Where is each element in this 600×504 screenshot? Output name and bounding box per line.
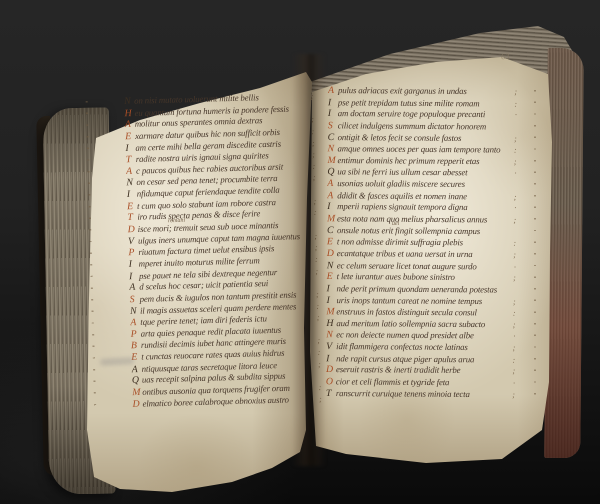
line-initial: I: [129, 259, 139, 271]
verse-line: I nde rapit cursus atque piger apulus ar…: [326, 353, 516, 366]
line-end-mark: ;: [513, 296, 517, 308]
verse-line: C ontigit & letos fecit se consule fasto…: [328, 132, 518, 145]
line-end-mark: ;: [512, 389, 516, 401]
line-text: nde rapit cursus atque piger apulus arua: [336, 353, 474, 366]
verse-line: M entimur dominis hec primum repperit et…: [327, 155, 517, 168]
line-text: entimur dominis hec primum repperit etas: [337, 155, 479, 168]
line-initial: T: [126, 154, 136, 166]
line-text: usonias uoluit gladiis miscere secures: [337, 178, 465, 191]
line-initial: D: [132, 398, 142, 410]
verse-line: O cior et celi flammis et tygride feta ·: [326, 376, 516, 389]
verse-line: D eseruit rastris & inerti tradidit herb…: [326, 364, 516, 377]
verse-line: I uris inops tantum careat ne nomine tem…: [326, 295, 516, 308]
verse-line: I mperii rapiens signauit tempora digna …: [327, 201, 517, 214]
line-initial: I: [328, 97, 338, 109]
verse-line: S cilicet indulgens summum dictator hono…: [328, 120, 518, 133]
verse-line: A pulus adriacas exit garganus in undas …: [328, 85, 518, 98]
line-text: nde perit primum quondam ueneranda potes…: [337, 283, 498, 296]
manuscript-photo: N on nisi mutato uoluerunt milite bellis…: [0, 0, 600, 504]
line-initial: P: [128, 247, 138, 259]
line-initial: I: [327, 201, 337, 213]
line-end-mark: ;: [514, 156, 518, 168]
line-initial: A: [131, 364, 141, 376]
line-end-mark: ·: [515, 110, 518, 122]
line-text: ec non deiecte numen quod presidet albe: [336, 330, 474, 343]
verse-line: I nde perit primum quondam ueneranda pot…: [327, 283, 517, 296]
line-end-mark: ;: [513, 342, 517, 354]
line-initial: S: [130, 294, 140, 306]
line-text: ec celum seruare licet tonat augure surd…: [337, 260, 477, 273]
line-initial: M: [327, 213, 337, 225]
line-initial: D: [128, 224, 138, 236]
line-text: ecantatque tribus et uana uersat in urna: [337, 248, 473, 261]
line-end-mark: ;: [514, 215, 518, 227]
line-initial: I: [326, 353, 336, 365]
line-text: amque omnes uoces per quas iam tempore t…: [338, 144, 501, 157]
line-initial: M: [326, 306, 336, 318]
verse-line: N ec non deiecte numen quod presidet alb…: [326, 330, 516, 343]
line-end-mark: :: [514, 145, 518, 157]
line-text: cior et celi flammis et tygride feta: [336, 376, 449, 388]
line-initial: V: [128, 235, 138, 247]
line-initial: S: [328, 120, 338, 132]
line-text: aud meritum latio sollempnia sacra subac…: [336, 318, 485, 331]
pricking-dots-right: [534, 90, 536, 404]
verse-line: C onsule notus erit fingit sollempnia ca…: [327, 225, 517, 238]
line-initial: Q: [132, 375, 142, 387]
line-initial: I: [326, 295, 336, 307]
line-initial: E: [125, 131, 135, 143]
line-end-mark: ·: [513, 331, 516, 343]
page-gutter-shadow: [292, 54, 326, 466]
line-initial: A: [327, 190, 337, 202]
verse-line: M esta nota nam quo melius pharsalicus a…: [327, 213, 517, 226]
line-initial: P: [131, 328, 141, 340]
line-initial: I: [327, 283, 337, 295]
line-end-mark: ·: [513, 378, 516, 390]
verse-line: M enstruus in fastos distinguit secula c…: [326, 306, 516, 319]
line-initial: Q: [327, 167, 337, 179]
line-text: cilicet indulgens summum dictator honore…: [338, 120, 487, 133]
right-page-text: A pulus adriacas exit garganus in undas …: [326, 85, 518, 401]
line-initial: C: [328, 132, 338, 144]
verse-line: A ddidit & fasces aquilis et nomen inane…: [327, 190, 517, 203]
line-text: eseruit rastris & inerti tradidit herbe: [336, 364, 460, 377]
verse-line: N amque omnes uoces per quas iam tempore…: [328, 144, 518, 157]
verse-line: I am doctam seruire toge populoque preca…: [328, 108, 518, 121]
line-end-mark: ·: [514, 261, 517, 273]
interlinear-gloss-left: romani: [168, 218, 185, 225]
line-text: t lete iurantur aues bubone sinistro: [337, 271, 455, 283]
line-end-mark: :: [513, 308, 517, 320]
line-initial: I: [328, 108, 338, 120]
verse-line: Q ua sibi ne ferri ius ullum cesar abess…: [327, 167, 517, 180]
folio-number: 63: [501, 51, 510, 62]
line-text: ontigit & letos fecit se consule fastos: [338, 132, 462, 145]
line-initial: E: [127, 201, 137, 213]
line-initial: A: [327, 178, 337, 190]
line-end-mark: :: [514, 98, 518, 110]
line-end-mark: ·: [514, 168, 517, 180]
line-text: mperii rapiens signauit tempora digna: [337, 201, 467, 214]
line-initial: N: [327, 260, 337, 272]
line-text: onsule notus erit fingit sollempnia camp…: [337, 225, 480, 238]
line-end-mark: ·: [514, 203, 517, 215]
verse-line: E t non admisse dirimit suffragia plebis…: [327, 237, 517, 250]
line-initial: D: [326, 364, 336, 376]
verse-line: V idit flammigera confectas nocte latina…: [326, 341, 516, 354]
line-initial: T: [326, 388, 336, 400]
line-initial: N: [130, 305, 140, 317]
line-text: idit flammigera confectas nocte latinas: [336, 341, 468, 354]
line-end-mark: ;: [512, 366, 516, 378]
line-end-mark: :: [513, 238, 517, 250]
verse-line: T ranscurrit curuique tenens minoia tect…: [326, 388, 516, 401]
line-initial: A: [126, 166, 136, 178]
line-end-mark: ;: [513, 319, 517, 331]
line-text: ddidit & fasces aquilis et nomen inane: [337, 190, 467, 203]
line-initial: N: [124, 96, 134, 108]
line-initial: N: [126, 177, 136, 189]
line-initial: M: [327, 155, 337, 167]
line-text: ranscurrit curuique tenens minoia tecta: [336, 388, 470, 401]
line-initial: A: [125, 119, 135, 131]
line-initial: I: [125, 142, 135, 154]
line-text: esta nota nam quo melius pharsalicus ann…: [337, 213, 487, 226]
interlinear-gloss-right: uel: [392, 221, 399, 227]
line-initial: E: [327, 237, 337, 249]
line-initial: I: [127, 189, 137, 201]
line-text: ua sibi ne ferri ius ullum cesar abesset: [337, 167, 467, 180]
line-initial: A: [328, 85, 338, 97]
line-end-mark: ;: [513, 249, 517, 261]
line-initial: M: [132, 387, 142, 399]
line-end-mark: ;: [514, 133, 518, 145]
line-initial: V: [326, 341, 336, 353]
line-text: pulus adriacas exit garganus in undas: [338, 85, 467, 98]
line-text: am doctam seruire toge populoque precant…: [338, 108, 485, 121]
line-end-mark: :: [513, 354, 517, 366]
line-text: uris inops tantum careat ne nomine tempu…: [336, 295, 482, 308]
right-page-fore-edge: [544, 48, 584, 458]
verse-line: N ec celum seruare licet tonat augure su…: [327, 260, 517, 273]
line-initial: H: [326, 318, 336, 330]
line-initial: A: [130, 317, 140, 329]
line-initial: C: [327, 225, 337, 237]
line-end-mark: ;: [514, 86, 518, 98]
line-initial: N: [328, 144, 338, 156]
line-end-mark: ;: [514, 191, 518, 203]
verse-line: E t lete iurantur aues bubone sinistro ;: [327, 271, 517, 284]
line-text: t non admisse dirimit suffragia plebis: [337, 237, 463, 250]
line-end-mark: ;: [513, 273, 517, 285]
verse-line: A usonias uoluit gladiis miscere secures: [327, 178, 517, 191]
verse-line: H aud meritum latio sollempnia sacra sub…: [326, 318, 516, 331]
line-initial: O: [326, 376, 336, 388]
line-initial: A: [129, 282, 139, 294]
line-initial: T: [127, 212, 137, 224]
line-initial: H: [124, 108, 134, 120]
line-initial: N: [326, 330, 336, 342]
line-initial: D: [327, 248, 337, 260]
line-initial: I: [129, 271, 139, 283]
line-text: pse petit trepidam tutus sine milite rom…: [338, 97, 480, 110]
line-initial: E: [327, 271, 337, 283]
verse-line: I pse petit trepidam tutus sine milite r…: [328, 97, 518, 110]
line-initial: B: [131, 340, 141, 352]
line-text: enstruus in fastos distinguit secula con…: [336, 307, 476, 320]
verse-line: D ecantatque tribus et uana uersat in ur…: [327, 248, 517, 261]
